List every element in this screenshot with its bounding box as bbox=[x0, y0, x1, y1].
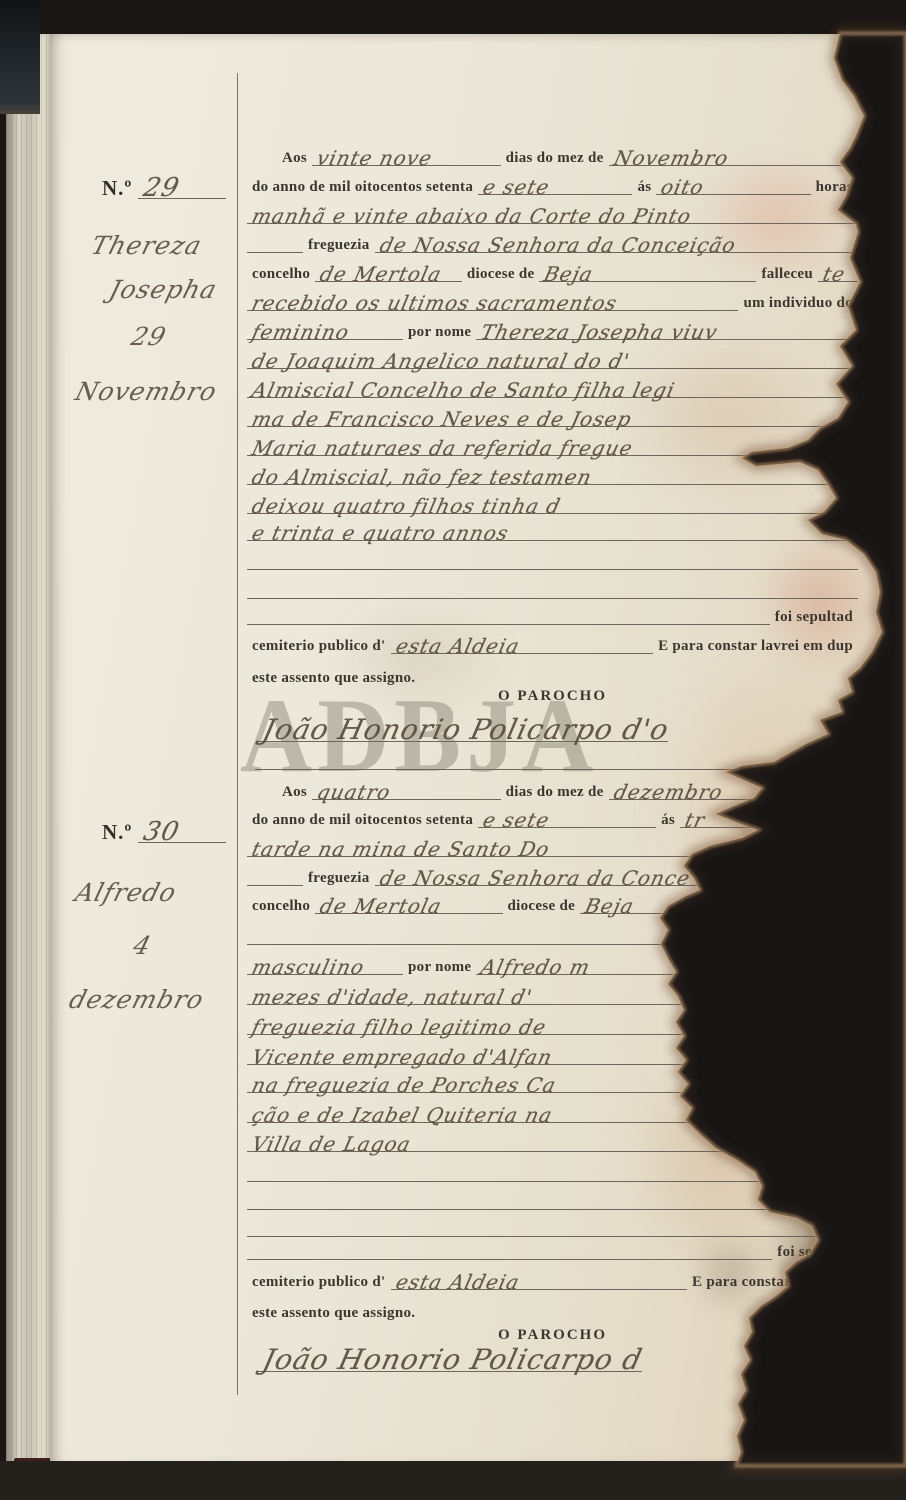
book-block-edge bbox=[0, 1488, 906, 1500]
form-row bbox=[255, 744, 760, 770]
record-number-label: N.º bbox=[96, 822, 138, 843]
form-row: Aosquatrodias do mez dedezembro bbox=[247, 774, 858, 800]
printed-label: ás bbox=[656, 813, 680, 828]
printed-label: diocese de bbox=[503, 899, 581, 914]
form-row: ma de Francisco Neves e de Josep bbox=[247, 401, 858, 427]
filled-blank: esta Aldeia bbox=[391, 1263, 688, 1290]
form-row: ção e de Izabel Quiteria na bbox=[247, 1097, 858, 1123]
form-row: fregueziade Nossa Senhora da Conceição bbox=[247, 227, 858, 253]
handwritten-entry: tarde na mina de Santo Do bbox=[250, 839, 552, 859]
filled-blank: do Almiscial, não fez testamen bbox=[247, 458, 858, 485]
form-row: manhã e vinte abaixo da Corte do Pinto bbox=[247, 198, 858, 224]
handwritten-entry: Beja bbox=[542, 264, 595, 284]
scanned-register-photo: ADBJA N.º29TherezaJosepha29NovembroAosvi… bbox=[0, 0, 906, 1500]
handwritten-entry: esta Aldeia bbox=[394, 1272, 522, 1292]
printed-label: foi se bbox=[772, 1245, 817, 1260]
handwritten-entry: de Mertola bbox=[318, 896, 444, 916]
margin-handwriting: Alfredo bbox=[72, 878, 180, 907]
printed-label: E para constar lavrei em dup bbox=[653, 639, 858, 654]
record-number-row: N.º29 bbox=[96, 169, 236, 199]
printed-label: horas bbox=[811, 180, 858, 195]
record-number-label: N.º bbox=[96, 178, 138, 199]
handwritten-entry: ção e de Izabel Quiteria na bbox=[250, 1105, 555, 1125]
filled-blank: feminino bbox=[247, 313, 403, 340]
handwritten-entry: João Honorio Policarpo d'o bbox=[260, 716, 672, 744]
printed-label: concelho bbox=[247, 899, 315, 914]
form-row: Maria naturaes da referida fregue bbox=[247, 430, 858, 456]
margin-rule-line bbox=[237, 73, 238, 1395]
filled-blank: Almiscial Concelho de Santo filha legi bbox=[247, 371, 858, 398]
margin-handwriting: 29 bbox=[128, 322, 170, 351]
printed-label: dias do mez de bbox=[501, 785, 609, 800]
blank-rule bbox=[247, 918, 858, 945]
printed-label: ás bbox=[632, 180, 656, 195]
form-row: Almiscial Concelho de Santo filha legi bbox=[247, 372, 858, 398]
filled-blank: na freguezia de Porches Ca bbox=[247, 1066, 858, 1093]
printed-label: do anno de mil oitocentos setenta bbox=[247, 180, 478, 195]
handwritten-entry: do Almiscial, não fez testamen bbox=[250, 467, 594, 487]
handwritten-entry: Almiscial Concelho de Santo filha legi bbox=[250, 380, 677, 400]
blank-rule bbox=[247, 572, 858, 599]
handwritten-entry: recebido os ultimos sacramentos bbox=[250, 293, 619, 313]
filled-blank: manhã e vinte abaixo da Corte do Pinto bbox=[247, 197, 858, 224]
form-row: concelhode Mertoladiocese deBeja bbox=[247, 888, 858, 914]
filled-blank: Vicente empregado d'Alfan bbox=[247, 1038, 858, 1065]
handwritten-entry: na freguezia de Porches Ca bbox=[250, 1075, 558, 1095]
filled-blank: freguezia filho legitimo de bbox=[247, 1008, 858, 1035]
record-number-rule: 29 bbox=[138, 168, 226, 199]
margin-handwriting: Thereza bbox=[88, 231, 205, 260]
filled-blank: de Mertola bbox=[315, 887, 502, 914]
blank-rule bbox=[247, 226, 303, 253]
filled-blank: e trinta e quatro annos bbox=[247, 514, 858, 541]
handwritten-entry: Maria naturaes da referida fregue bbox=[250, 438, 635, 458]
filled-blank: tarde na mina de Santo Do bbox=[247, 830, 858, 857]
parocho-heading: O PAROCHO bbox=[247, 688, 858, 705]
form-row: Vicente empregado d'Alfan bbox=[247, 1039, 858, 1065]
handwritten-entry: Alfredo m bbox=[479, 957, 592, 977]
filled-blank: dezembro bbox=[609, 773, 858, 800]
filled-blank: deixou quatro filhos tinha d bbox=[247, 487, 858, 514]
blank-rule bbox=[247, 598, 770, 625]
handwritten-entry: João Honorio Policarpo d bbox=[260, 1346, 645, 1374]
filled-blank: Beja bbox=[539, 255, 756, 282]
handwritten-entry: Beja bbox=[583, 896, 636, 916]
handwritten-entry: deixou quatro filhos tinha d bbox=[250, 496, 563, 516]
form-row: Villa de Lagoa bbox=[247, 1126, 858, 1152]
form-row: do anno de mil oitocentos setentae seteá… bbox=[247, 169, 858, 195]
form-row: e trinta e quatro annos bbox=[247, 515, 858, 541]
filled-blank: de Nossa Senhora da Conce bbox=[375, 859, 858, 886]
filled-blank: de Joaquim Angelico natural do d' bbox=[247, 342, 858, 369]
handwritten-entry: vinte nove bbox=[315, 148, 434, 168]
form-row: deixou quatro filhos tinha d bbox=[247, 488, 858, 514]
printed-label: por nome bbox=[403, 325, 476, 340]
handwritten-entry: de Joaquim Angelico natural do d' bbox=[250, 351, 632, 371]
filled-blank: te bbox=[818, 255, 858, 282]
form-row bbox=[247, 1156, 858, 1182]
filled-blank: Maria naturaes da referida fregue bbox=[247, 429, 858, 456]
form-row: concelhode Mertoladiocese deBejafalleceu… bbox=[247, 256, 858, 282]
margin-handwriting: Josepha bbox=[106, 275, 220, 304]
filled-blank: ma de Francisco Neves e de Josep bbox=[247, 400, 858, 427]
handwritten-entry: e sete bbox=[481, 177, 552, 197]
printed-label: este assento que assigno. bbox=[247, 671, 420, 686]
blank-rule bbox=[247, 1155, 858, 1182]
filled-blank: mezes d'idade, natural d' bbox=[247, 978, 858, 1005]
filled-blank: de Nossa Senhora da Conceição bbox=[375, 226, 858, 253]
handwritten-entry: quatro bbox=[315, 782, 393, 802]
book-cover-corner bbox=[0, 0, 40, 114]
form-row: Aosvinte novedias do mez deNovembro bbox=[247, 140, 858, 166]
form-row bbox=[247, 573, 858, 599]
form-row: este assento que assigno. bbox=[247, 1295, 858, 1321]
handwritten-entry: oito bbox=[659, 177, 706, 197]
filled-blank: Alfredo m bbox=[476, 948, 858, 975]
printed-label: Aos bbox=[277, 785, 312, 800]
blank-rule bbox=[247, 859, 303, 886]
form-row: na freguezia de Porches Ca bbox=[247, 1067, 858, 1093]
filled-blank: recebido os ultimos sacramentos bbox=[247, 284, 738, 311]
margin-handwriting: Novembro bbox=[72, 377, 220, 406]
filled-blank: Thereza Josepha viuv bbox=[476, 313, 858, 340]
printed-label: um individuo do bbox=[738, 296, 858, 311]
form-row bbox=[247, 919, 858, 945]
register-page: ADBJA N.º29TherezaJosepha29NovembroAosvi… bbox=[50, 33, 885, 1462]
printed-label: dias do mez de bbox=[501, 151, 609, 166]
filled-blank: quatro bbox=[312, 773, 501, 800]
handwritten-entry: de Mertola bbox=[318, 264, 444, 284]
form-row: do anno de mil oitocentos setentae seteá… bbox=[247, 802, 858, 828]
form-row: recebido os ultimos sacramentosum indivi… bbox=[247, 285, 858, 311]
filled-blank: e sete bbox=[478, 801, 656, 828]
blank-rule bbox=[247, 1233, 772, 1260]
filled-blank: tr bbox=[680, 801, 858, 828]
blank-rule bbox=[247, 543, 858, 570]
printed-label: cemiterio publico d' bbox=[247, 1275, 391, 1290]
printed-label: cemiterio publico d' bbox=[247, 639, 391, 654]
printed-label: freguezia bbox=[303, 238, 375, 253]
filled-blank: Novembro bbox=[609, 139, 858, 166]
printed-label: concelho bbox=[247, 267, 315, 282]
margin-handwriting: 4 bbox=[130, 931, 155, 960]
handwritten-entry: feminino bbox=[250, 322, 351, 342]
form-row: femininopor nomeThereza Josepha viuv bbox=[247, 314, 858, 340]
handwritten-entry: Thereza Josepha viuv bbox=[479, 322, 720, 342]
form-row: mezes d'idade, natural d' bbox=[247, 979, 858, 1005]
printed-label: freguezia bbox=[303, 871, 375, 886]
form-row: tarde na mina de Santo Do bbox=[247, 831, 858, 857]
printed-label: por nome bbox=[403, 960, 476, 975]
form-row bbox=[247, 544, 858, 570]
handwritten-entry: esta Aldeia bbox=[394, 636, 522, 656]
filled-blank: João Honorio Policarpo d'o bbox=[257, 707, 668, 742]
record-number-row: N.º30 bbox=[96, 813, 236, 843]
handwritten-entry: Novembro bbox=[612, 148, 731, 168]
form-row: foi sepultad bbox=[247, 599, 858, 625]
book-page-edges bbox=[6, 34, 52, 1468]
printed-label: foi sepultad bbox=[770, 610, 858, 625]
handwritten-entry: Villa de Lagoa bbox=[250, 1134, 413, 1154]
form-row: fregueziade Nossa Senhora da Conce bbox=[247, 860, 858, 886]
record-number-rule: 30 bbox=[138, 812, 226, 843]
record-number: 29 bbox=[141, 175, 182, 201]
handwritten-entry: te bbox=[821, 264, 847, 284]
form-row: este assento que assigno. bbox=[247, 660, 858, 686]
handwritten-entry: Vicente empregado d'Alfan bbox=[250, 1047, 555, 1067]
filled-blank: Villa de Lagoa bbox=[247, 1125, 858, 1152]
handwritten-entry: de Nossa Senhora da Conceição bbox=[378, 235, 738, 255]
blank-rule bbox=[255, 743, 760, 770]
form-row: foi se bbox=[247, 1234, 817, 1260]
form-row: cemiterio publico d'esta AldeiaE para co… bbox=[247, 1264, 827, 1290]
filled-blank: ção e de Izabel Quiteria na bbox=[247, 1096, 858, 1123]
form-row bbox=[247, 1184, 858, 1210]
backdrop-top bbox=[0, 0, 906, 34]
printed-label: diocese de bbox=[462, 267, 540, 282]
handwritten-entry: freguezia filho legitimo de bbox=[250, 1017, 548, 1037]
filled-blank: Beja bbox=[580, 887, 858, 914]
handwritten-entry: ma de Francisco Neves e de Josep bbox=[250, 409, 634, 429]
handwritten-entry: masculino bbox=[250, 957, 367, 977]
record-number: 30 bbox=[141, 819, 182, 845]
filled-blank: masculino bbox=[247, 948, 403, 975]
form-row: de Joaquim Angelico natural do d' bbox=[247, 343, 858, 369]
handwritten-entry: manhã e vinte abaixo da Corte do Pinto bbox=[250, 206, 694, 226]
form-row: cemiterio publico d'esta AldeiaE para co… bbox=[247, 628, 858, 654]
printed-label: E para constar lavr bbox=[687, 1275, 827, 1290]
printed-label: falleceu bbox=[756, 267, 818, 282]
filled-blank: vinte nove bbox=[312, 139, 501, 166]
form-row: do Almiscial, não fez testamen bbox=[247, 459, 858, 485]
printed-label: este assento que assigno. bbox=[247, 1306, 420, 1321]
form-row: freguezia filho legitimo de bbox=[247, 1009, 858, 1035]
form-row: masculinopor nomeAlfredo m bbox=[247, 949, 858, 975]
handwritten-entry: e trinta e quatro annos bbox=[250, 523, 511, 543]
blank-rule bbox=[247, 1183, 858, 1210]
margin-handwriting: dezembro bbox=[66, 985, 207, 1014]
parocho-heading: O PAROCHO bbox=[247, 1327, 858, 1344]
form-row: João Honorio Policarpo d'o bbox=[257, 708, 797, 742]
handwritten-entry: de Nossa Senhora da Conce bbox=[378, 868, 692, 888]
filled-blank: de Mertola bbox=[315, 255, 462, 282]
handwritten-entry: tr bbox=[683, 810, 707, 830]
printed-label: do anno de mil oitocentos setenta bbox=[247, 813, 478, 828]
filled-blank: e sete bbox=[478, 168, 632, 195]
filled-blank: oito bbox=[656, 168, 810, 195]
printed-label: Aos bbox=[277, 151, 312, 166]
handwritten-entry: mezes d'idade, natural d' bbox=[250, 987, 534, 1007]
handwritten-entry: e sete bbox=[481, 810, 552, 830]
binding-chip bbox=[14, 1458, 62, 1486]
filled-blank: esta Aldeia bbox=[391, 627, 654, 654]
handwritten-entry: dezembro bbox=[612, 782, 725, 802]
